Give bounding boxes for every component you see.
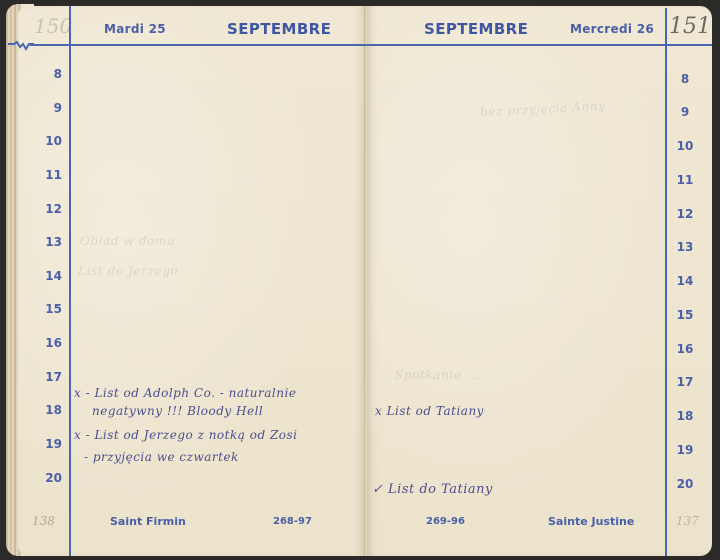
right-day-count: 269-96 [426,516,465,527]
left-day-label: Mardi 25 [104,22,166,36]
hour-label: 19 [670,443,700,457]
book-spine [364,6,367,556]
right-saint-name: Sainte Justine [548,515,634,528]
right-day-label: Mercredi 26 [570,22,654,36]
hour-label: 9 [36,101,62,115]
handwritten-entry: ✓ List do Tatiany [372,482,493,497]
handwritten-entry: x - List od Jerzego z notką od Zosi [74,428,298,442]
left-footer-page-number: 138 [32,514,55,528]
hour-label: 20 [670,477,700,491]
hour-label: 11 [670,173,700,187]
hour-label: 14 [670,274,700,288]
right-month-title: SEPTEMBRE [424,20,528,38]
handwritten-entry: negatywny !!! Bloody Hell [92,404,263,418]
hour-label: 15 [36,302,62,316]
right-page-number: 151 [669,14,711,39]
hour-label: 13 [670,240,700,254]
right-footer-page-number: 137 [676,514,699,528]
hour-label: 17 [670,375,700,389]
hour-label: 12 [670,207,700,221]
hour-label: 9 [670,105,700,119]
handwritten-entry: x List od Tatiany [375,404,484,418]
right-header-rule [366,44,712,46]
hour-label: 10 [36,134,62,148]
hour-label: 13 [36,235,62,249]
hour-label: 16 [670,342,700,356]
left-saint-name: Saint Firmin [110,515,186,528]
left-page-number: 150 [34,14,72,38]
handwritten-entry: x - List od Adolph Co. - naturalnie [74,386,296,400]
left-header-rule [30,44,366,46]
hour-label: 14 [36,269,62,283]
left-month-title: SEPTEMBRE [227,20,331,38]
hour-label: 12 [36,202,62,216]
left-day-count: 268-97 [273,516,312,527]
hour-label: 16 [36,336,62,350]
hour-label: 18 [36,403,62,417]
hour-label: 18 [670,409,700,423]
bleed-through-text: Spotkanie ... [395,368,479,382]
hour-label: 8 [670,72,700,86]
right-margin-rule [665,8,667,556]
hour-label: 8 [36,67,62,81]
bleed-through-text: Obiad w domu .. [80,234,189,248]
hour-label: 11 [36,168,62,182]
open-diary: 150 Mardi 25 SEPTEMBRE SEPTEMBRE Mercred… [0,0,720,560]
left-margin-rule [69,6,71,556]
handwritten-entry: - przyjęcia we czwartek [84,450,239,464]
hour-label: 15 [670,308,700,322]
hour-label: 10 [670,139,700,153]
hour-label: 20 [36,471,62,485]
hour-label: 19 [36,437,62,451]
bleed-through-text: List do Jerzego [78,264,178,278]
hour-label: 17 [36,370,62,384]
right-page [366,6,712,556]
